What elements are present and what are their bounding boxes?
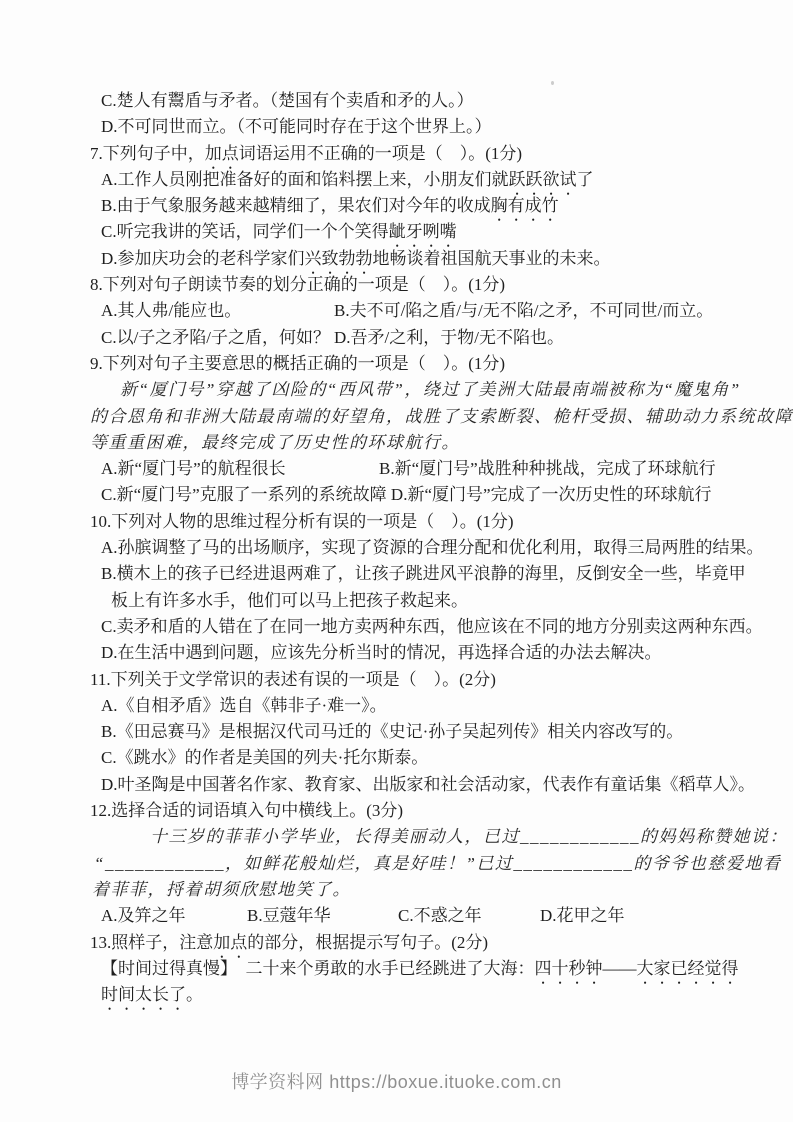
text-segment: 等重重困难，最终完成了历史性的环球航行。 [90,433,460,452]
question-7-option-b: B.由于气象服务越来越精细了，果农们对今年的收成胸有成竹 [90,193,766,219]
question-11-stem: 11.下列关于文学常识的表述有误的一项是（ ）。(2分) [90,667,766,693]
text-segment: 新“厦门号”穿越了凶险的“西风带”，绕过了美洲大陆最南端被称为“魔鬼角” [120,380,741,399]
exam-page: C.楚人有鬻盾与矛者。（楚国有个卖盾和矛的人。）D.不可同世而立。（不可能同时存… [0,0,793,1122]
document-lines: C.楚人有鬻盾与矛者。（楚国有个卖盾和矛的人。）D.不可同世而立。（不可能同时存… [90,88,766,1008]
text-segment: C.卖矛和盾的人错在了在同一地方卖两种东西，他应该在不同的地方分别卖这两种东西。 [101,617,763,636]
question-10-option-c: C.卖矛和盾的人错在了在同一地方卖两种东西，他应该在不同的地方分别卖这两种东西。 [90,614,766,640]
text-segment: C.《跳水》的作者是美国的列夫·托尔斯泰。 [101,748,428,767]
question-12-stem: 12.选择合适的词语填入句中横线上。(3分) [90,798,766,824]
emphasized-text: 胸有成竹 [491,196,559,215]
text-segment: “____________，如鲜花般灿烂，真是好哇！”已过___________… [94,854,781,873]
text-segment: 着菲菲，捋着胡须欣慰地笑了。 [92,880,351,899]
question-12-passage-line-3: 着菲菲，捋着胡须欣慰地笑了。 [90,877,766,903]
text-segment: B.夫不可/陷之盾/与/无不陷/之矛，不可同世/而立。 [334,301,713,320]
text-segment: B.《田忌赛马》是根据汉代司马迁的《史记·孙子吴起列传》相关内容改写的。 [101,722,683,741]
question-12-passage-line-1: 十三岁的菲菲小学毕业，长得美丽动人，已过____________的妈妈称赞她说： [90,824,766,850]
text-segment: C.不惑之年 [398,903,540,929]
question-11-option-c: C.《跳水》的作者是美国的列夫·托尔斯泰。 [90,745,766,771]
question-13-example-cont: 时间太长了。 [90,982,766,1008]
text-segment: 地畅谈着祖国航天事业的未来。 [373,249,611,268]
question-9-passage-line-1: 新“厦门号”穿越了凶险的“西风带”，绕过了美洲大陆最南端被称为“魔鬼角” [90,377,766,403]
text-segment: A.及笄之年 [101,903,247,929]
question-10-option-b: B.横木上的孩子已经进退两难了，让孩子跳进风平浪静的海里，反倒安全一些，毕竟甲 [90,561,766,587]
question-8-stem: 8.下列对句子朗读节奏的划分正确的一项是（ ）。(1分) [90,272,766,298]
text-segment: D.吾矛/之利，于物/无不陷也。 [334,328,564,347]
text-segment: 11.下列关于文学常识的表述有误的一项是（ ）。(2分) [90,670,496,689]
question-10-option-a: A.孙膑调整了马的出场顺序，实现了资源的合理分配和优化利用，取得三局两胜的结果。 [90,535,766,561]
text-segment: A.工作人员刚把准备好的面和馅料摆上来，小朋友们就 [101,170,509,189]
text-segment: 10.下列对人物的思维过程分析有误的一项是（ ）。(1分) [90,512,514,531]
text-segment: C.新“厦门号”克服了一系列的系统故障 D.新“厦门号”完成了一次历史性的环球航… [101,485,712,504]
text-segment: 了 [577,170,594,189]
text-segment: A.《自相矛盾》选自《韩非子·难一》。 [101,696,387,715]
emphasized-text: 龇牙咧嘴 [389,222,457,241]
question-11-option-a: A.《自相矛盾》选自《韩非子·难一》。 [90,693,766,719]
text-segment: 的部分，根据提示写句子。(2分) [247,933,488,952]
text-segment: 的合恩角和非洲大陆最南端的好望角，战胜了支索断裂、桅杆受损、辅助动力系统故障 [90,407,793,426]
emphasized-text: 四十秒钟 [535,959,603,978]
question-8-options-cd: C.以/子之矛陷/子之盾，何如？D.吾矛/之利，于物/无不陷也。 [90,325,766,351]
prev-question-option-c: C.楚人有鬻盾与矛者。（楚国有个卖盾和矛的人。） [90,88,766,114]
question-8-options-ab: A.其人弗/能应也。B.夫不可/陷之盾/与/无不陷/之矛，不可同世/而立。 [90,298,766,324]
question-7-option-a: A.工作人员刚把准备好的面和馅料摆上来，小朋友们就跃跃欲试了 [90,167,766,193]
text-segment: A.其人弗/能应也。 [101,298,334,324]
question-9-options-cd: C.新“厦门号”克服了一系列的系统故障 D.新“厦门号”完成了一次历史性的环球航… [90,482,766,508]
scan-artifact-dot [551,81,554,85]
question-9-options-ab: A.新“厦门号”的航程很长B.新“厦门号”战胜种种挑战，完成了环球航行 [90,456,766,482]
text-segment: C.以/子之矛陷/子之盾，何如？ [101,325,334,351]
text-segment: A.孙膑调整了马的出场顺序，实现了资源的合理分配和优化利用，取得三局两胜的结果。 [101,538,764,557]
text-segment: C.楚人有鬻盾与矛者。（楚国有个卖盾和矛的人。） [101,91,474,110]
text-segment: 词语运用不正确的一项是（ ）。(1分) [239,144,522,163]
question-7-option-c: C.听完我讲的笑话，同学们一个个笑得龇牙咧嘴 [90,219,766,245]
text-segment: 。 [186,985,203,1004]
text-segment: 9.下列对句子主要意思的概括正确的一项是（ ）。(1分) [90,354,505,373]
emphasized-text: 加点 [205,144,239,163]
question-9-passage-line-3: 等重重困难，最终完成了历史性的环球航行。 [90,430,766,456]
question-9-passage-line-2: 的合恩角和非洲大陆最南端的好望角，战胜了支索断裂、桅杆受损、辅助动力系统故障 [90,404,766,430]
question-13-example: 【时间过得真慢】 二十来个勇敢的水手已经跳进了大海：四十秒钟——大家已经觉得 [90,956,766,982]
text-segment: B.由于气象服务越来越精细了，果农们对今年的收成 [101,196,491,215]
emphasized-text: 大家已经觉得 [637,959,739,978]
text-segment: —— [603,959,637,978]
text-segment: B.横木上的孩子已经进退两难了，让孩子跳进风平浪静的海里，反倒安全一些，毕竟甲 [101,564,746,583]
text-segment: B.豆蔻年华 [247,903,398,929]
emphasized-text: 加点 [213,933,247,952]
question-10-option-d: D.在生活中遇到问题，应该先分析当时的情况，再选择合适的办法去解决。 [90,640,766,666]
question-12-passage-line-2: “____________，如鲜花般灿烂，真是好哇！”已过___________… [90,851,766,877]
question-7-stem: 7.下列句子中，加点词语运用不正确的一项是（ ）。(1分) [90,141,766,167]
text-segment: 12.选择合适的词语填入句中横线上。(3分) [90,801,403,820]
question-10-stem: 10.下列对人物的思维过程分析有误的一项是（ ）。(1分) [90,509,766,535]
text-segment: 【时间过得真慢】 二十来个勇敢的水手已经跳进了大海： [101,959,535,978]
question-11-option-b: B.《田忌赛马》是根据汉代司马迁的《史记·孙子吴起列传》相关内容改写的。 [90,719,766,745]
text-segment: D.不可同世而立。（不可能同时存在于这个世界上。） [101,117,492,136]
question-11-option-d: D.叶圣陶是中国著名作家、教育家、出版家和社会活动家，代表作有童话集《稻草人》。 [90,772,766,798]
text-segment: C.听完我讲的笑话，同学们一个个笑得 [101,222,389,241]
text-segment: D.花甲之年 [540,906,625,925]
page-footer-watermark: 博学资料网 https://boxue.ituoke.com.cn [0,1068,793,1094]
text-segment: 13.照样子，注意 [90,933,213,952]
text-segment: A.新“厦门号”的航程很长 [101,456,379,482]
prev-question-option-d: D.不可同世而立。（不可能同时存在于这个世界上。） [90,114,766,140]
text-segment: B.新“厦门号”战胜种种挑战，完成了环球航行 [379,459,716,478]
question-13-stem: 13.照样子，注意加点的部分，根据提示写句子。(2分) [90,930,766,956]
question-10-option-b-cont: 板上有许多水手，他们可以马上把孩子救起来。 [90,588,766,614]
text-segment: 8.下列对句子朗读节奏的划分正确的一项是（ ）。(1分) [90,275,505,294]
question-7-option-d: D.参加庆功会的老科学家们兴致勃勃地畅谈着祖国航天事业的未来。 [90,246,766,272]
text-segment: 十三岁的菲菲小学毕业，长得美丽动人，已过____________的妈妈称赞她说： [150,827,788,846]
emphasized-text: 时间太长了 [101,985,186,1004]
text-segment: 7.下列句子中， [90,144,205,163]
text-segment: D.参加庆功会的老科学家们 [101,249,305,268]
text-segment: D.叶圣陶是中国著名作家、教育家、出版家和社会活动家，代表作有童话集《稻草人》。 [101,775,755,794]
emphasized-text: 跃跃欲试 [509,170,577,189]
text-segment: D.在生活中遇到问题，应该先分析当时的情况，再选择合适的办法去解决。 [101,643,662,662]
emphasized-text: 兴致勃勃 [305,249,373,268]
question-9-stem: 9.下列对句子主要意思的概括正确的一项是（ ）。(1分) [90,351,766,377]
text-segment: 板上有许多水手，他们可以马上把孩子救起来。 [111,591,468,610]
question-12-options: A.及笄之年B.豆蔻年华C.不惑之年D.花甲之年 [90,903,766,929]
